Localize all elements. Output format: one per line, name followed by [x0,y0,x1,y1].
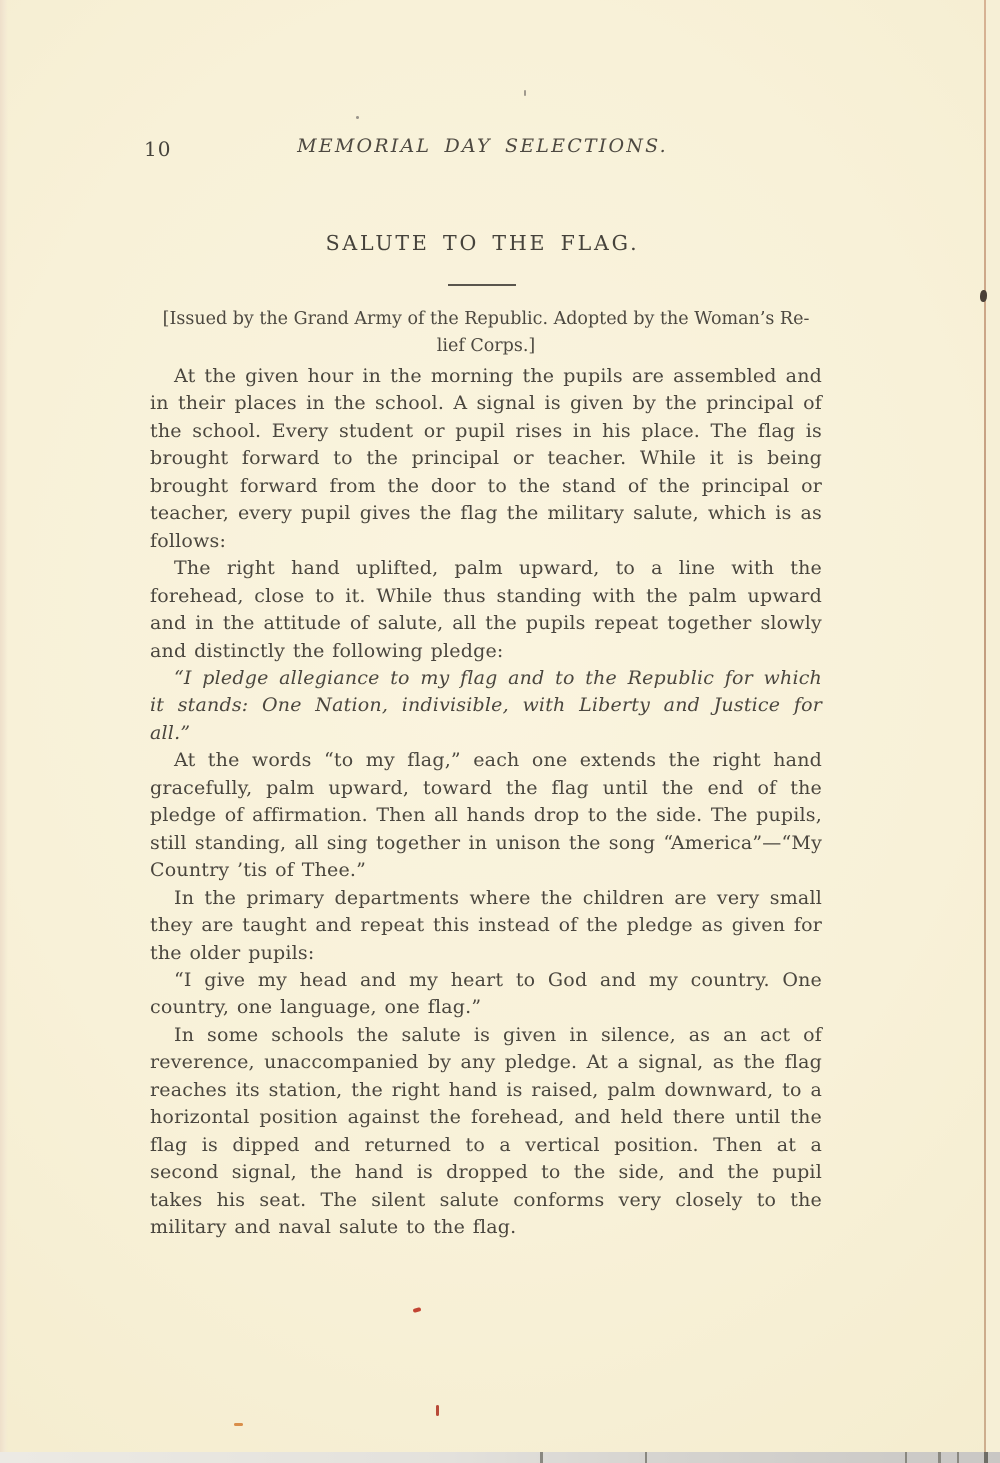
page-edge-tick [938,1452,941,1463]
paragraph-6: “I give my head and my heart to God and … [150,967,822,1022]
page-edge-tick [645,1452,647,1463]
attribution-line-2: lief Corps.] [148,333,824,360]
body-text: At the given hour in the morning the pup… [150,363,822,1242]
scan-speck-red [413,1307,422,1313]
scan-speck-orange [234,1423,243,1426]
scan-speck-red [436,1405,439,1416]
scan-speck [524,90,526,96]
attribution-line-1: [Issued by the Grand Army of the Republi… [148,306,824,333]
paragraph-2: The right hand uplifted, palm upward, to… [150,555,822,665]
scanner-edge-strip [0,1452,1000,1463]
paragraph-3: “I pledge allegiance to my flag and to t… [150,665,822,747]
page-edge-tick [957,1452,959,1463]
title-divider-rule [448,284,516,286]
scanned-book-page: 10 MEMORIAL DAY SELECTIONS. SALUTE TO TH… [0,0,1000,1463]
running-head: MEMORIAL DAY SELECTIONS. [0,135,965,157]
scan-speck [356,116,359,119]
paragraph-4: At the words “to my flag,” each one exte… [150,747,822,884]
section-title: SALUTE TO THE FLAG. [0,231,965,255]
scan-ink-blob [980,290,987,302]
attribution-note: [Issued by the Grand Army of the Republi… [148,306,824,360]
page-left-edge-shadow [0,0,8,1463]
paragraph-1: At the given hour in the morning the pup… [150,363,822,555]
page-edge-paper [986,0,1000,1452]
page-edge-tick [984,1452,988,1463]
paragraph-7: In some schools the salute is given in s… [150,1022,822,1242]
page-edge-tick [905,1452,907,1463]
page-edge-tick [540,1452,543,1463]
paragraph-5: In the primary departments where the chi… [150,885,822,967]
page-right-edge-line [984,0,986,1452]
